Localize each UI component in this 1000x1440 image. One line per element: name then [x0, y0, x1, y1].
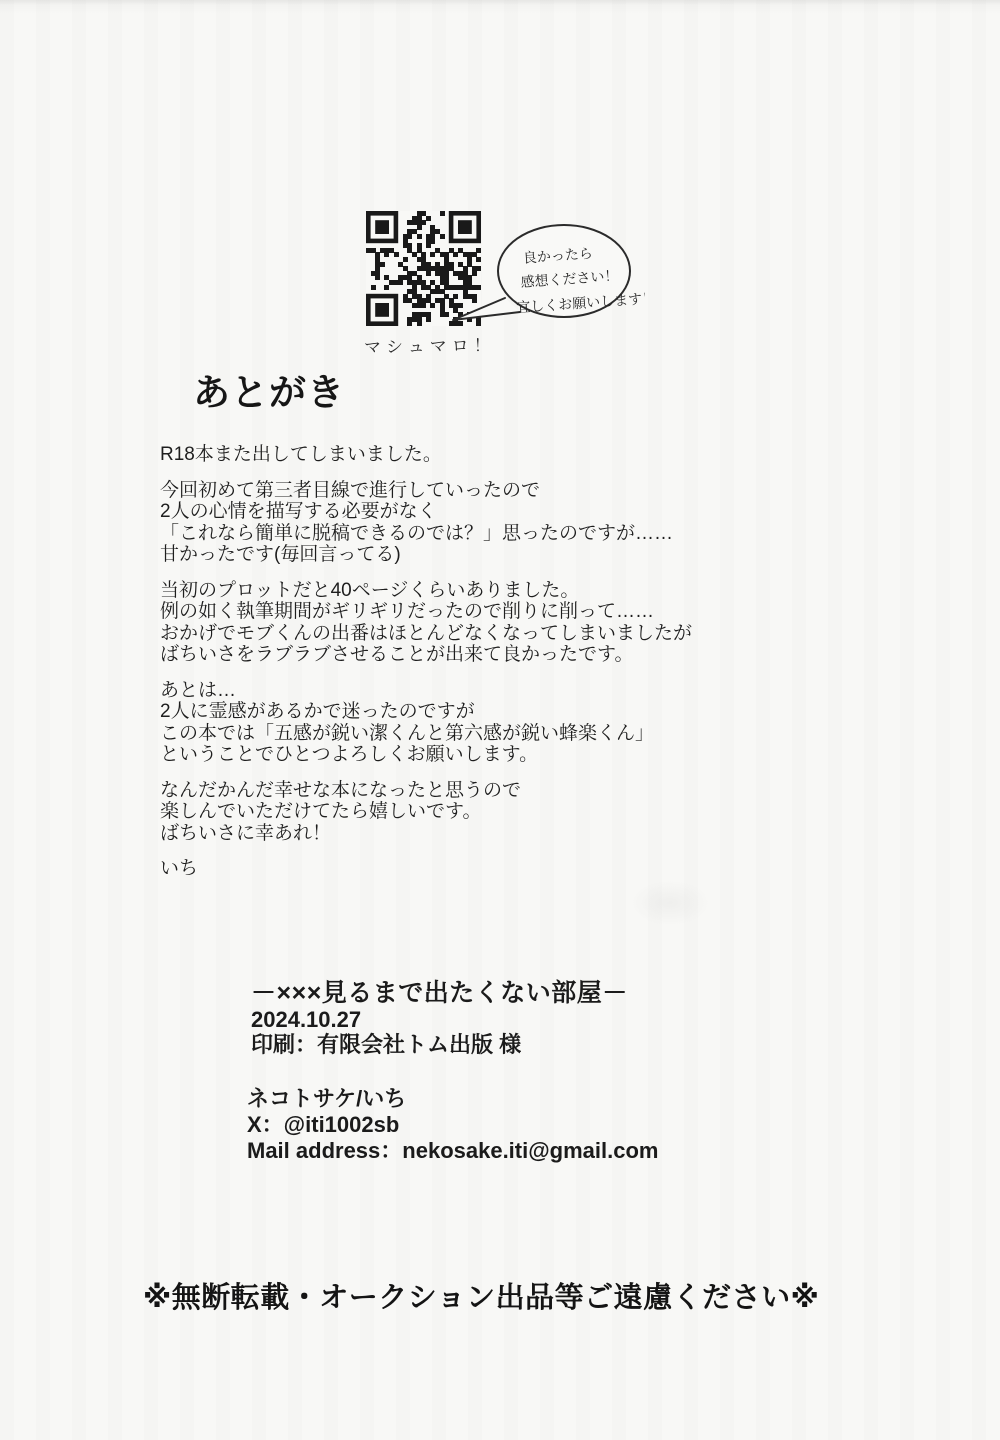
afterword-paragraph-3: 当初のプロットだと40ページくらいありました。例の如く執筆期間がギリギリだったの…: [160, 580, 800, 666]
mail-address: Mail address：nekosake.iti@gmail.com: [247, 1138, 659, 1164]
colophon-block: －×××見るまで出たくない部屋－ 2024.10.27 印刷：有限会社トム出版 …: [251, 979, 628, 1057]
speech-bubble-tail: [453, 298, 520, 320]
no-repost-notice: ※無断転載・オークション出品等ご遠慮ください※: [143, 1275, 863, 1316]
afterword-body: R18本また出してしまいました。 今回初めて第三者目線で進行していったので2人の…: [160, 444, 800, 894]
qr-caption: マシュマロ！: [364, 331, 496, 358]
afterword-heading: あとがき: [193, 362, 345, 416]
circle-name: ネコトサケ/いち: [247, 1086, 659, 1112]
author-signature: いち: [160, 858, 800, 880]
x-account: X：@iti1002sb: [247, 1112, 659, 1138]
speech-bubble: 良かったら 感想ください！ 宜しくお願いします！: [450, 212, 645, 332]
afterword-paragraph-2: 今回初めて第三者目線で進行していったので2人の心情を描写する必要がなく「これなら…: [160, 480, 800, 566]
book-title: －×××見るまで出たくない部屋－: [251, 979, 628, 1007]
afterword-paragraph-5: なんだかんだ幸せな本になったと思うので楽しんでいただけてたら嬉しいです。ばちいさ…: [160, 780, 800, 845]
credits-block: ネコトサケ/いち X：@iti1002sb Mail address：nekos…: [247, 1086, 659, 1164]
publication-date: 2024.10.27: [251, 1007, 628, 1032]
afterword-paragraph-1: R18本また出してしまいました。: [160, 444, 800, 466]
printer-credit: 印刷：有限会社トム出版 様: [251, 1032, 628, 1057]
scanned-afterword-page: マシュマロ！ 良かったら 感想ください！ 宜しくお願いします！ あとがき R18…: [0, 0, 1000, 1440]
afterword-paragraph-4: あとは…2人に霊感があるかで迷ったのですがこの本では「五感が鋭い潔くんと第六感が…: [160, 680, 800, 766]
